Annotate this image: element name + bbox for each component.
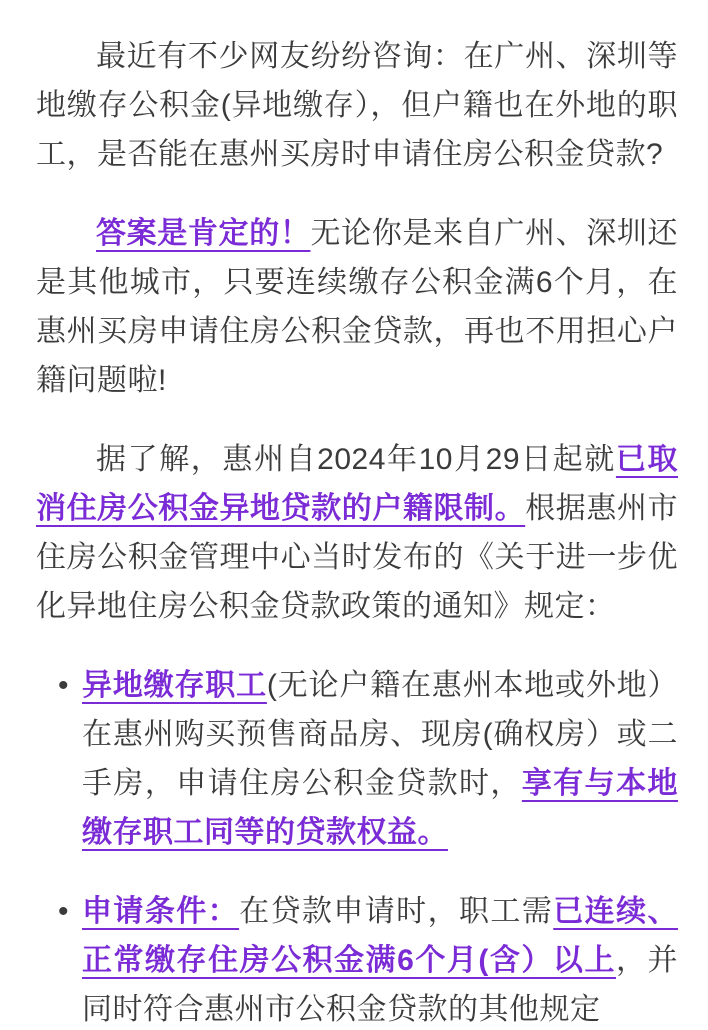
paragraph-policy-change: 据了解，惠州自2024年10月29日起就已取消住房公积金异地贷款的户籍限制。根据… — [36, 435, 678, 631]
article-body: 最近有不少网友纷纷咨询：在广州、深圳等地缴存公积金(异地缴存），但户籍也在外地的… — [0, 0, 708, 1030]
bullet-marker: • — [58, 887, 69, 936]
intro-text: 最近有不少网友纷纷咨询：在广州、深圳等地缴存公积金(异地缴存），但户籍也在外地的… — [36, 40, 678, 171]
bullet-marker: • — [58, 661, 69, 710]
application-conditions-text: 在贷款申请时，职工需 — [239, 895, 553, 928]
policy-intro-text: 据了解，惠州自2024年10月29日起就 — [96, 443, 616, 476]
bullet-item-remote-depositors: •异地缴存职工(无论户籍在惠州本地或外地）在惠州购买预售商品房、现房(确权房）或… — [36, 661, 678, 857]
remote-depositors-highlight: 异地缴存职工 — [82, 669, 267, 702]
application-conditions-label: 申请条件： — [82, 895, 239, 928]
paragraph-intro: 最近有不少网友纷纷咨询：在广州、深圳等地缴存公积金(异地缴存），但户籍也在外地的… — [36, 32, 678, 179]
paragraph-answer: 答案是肯定的！无论你是来自广州、深圳还是其他城市，只要连续缴存公积金满6个月，在… — [36, 209, 678, 405]
answer-highlight: 答案是肯定的！ — [96, 217, 310, 250]
bullet-item-application-conditions: •申请条件：在贷款申请时，职工需已连续、正常缴存住房公积金满6个月(含）以上，并… — [36, 887, 678, 1030]
